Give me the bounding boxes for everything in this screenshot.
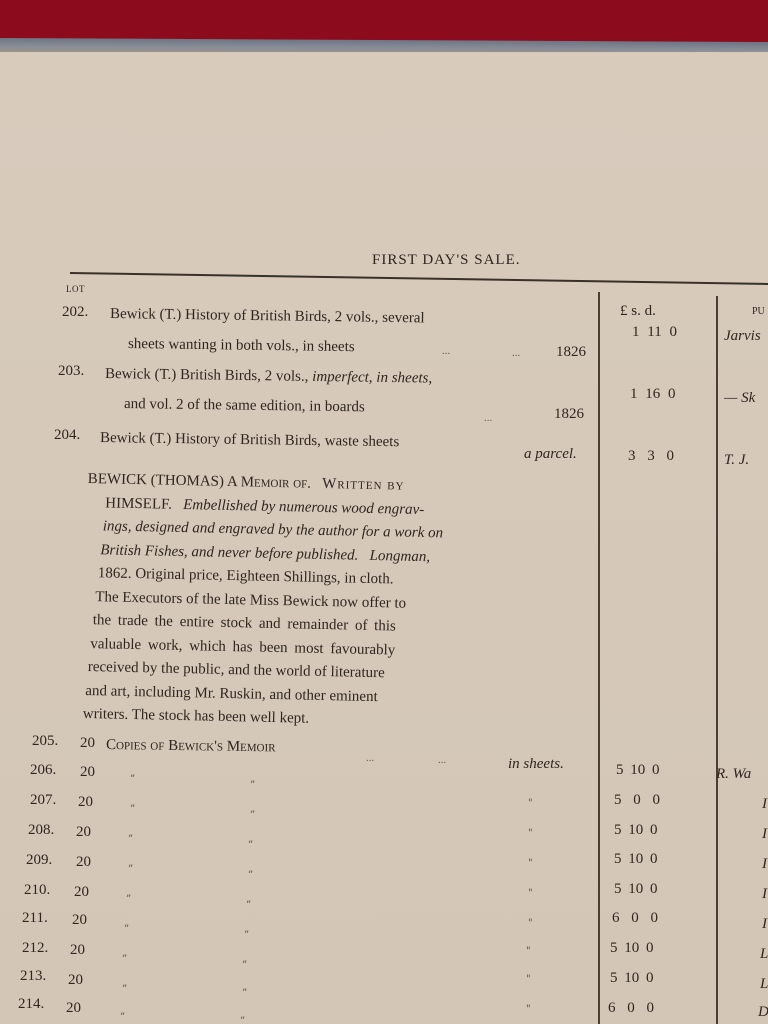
price-column-divider-right bbox=[716, 296, 718, 1024]
lot-price: 6 0 0 bbox=[608, 1000, 654, 1017]
leader-dots: ... bbox=[442, 345, 450, 357]
ditto-mark: " bbox=[526, 946, 531, 957]
ditto-mark: ” bbox=[246, 900, 251, 911]
lot-number: 214. bbox=[18, 996, 44, 1013]
lot-quantity: 20 bbox=[68, 972, 83, 989]
ditto-mark: " bbox=[528, 798, 533, 809]
ditto-mark: " bbox=[528, 918, 533, 929]
lot-buyer: D bbox=[758, 1004, 768, 1021]
lot-buyer: L bbox=[760, 946, 768, 963]
lot-price: 1 16 0 bbox=[630, 386, 676, 403]
ditto-mark: ” bbox=[250, 780, 255, 791]
lot-number: 207. bbox=[30, 792, 56, 809]
lot-format: in sheets. bbox=[508, 756, 564, 773]
lot-number: 212. bbox=[22, 940, 48, 957]
lot-buyer: I bbox=[762, 826, 767, 843]
lot-price: 3 3 0 bbox=[628, 448, 674, 465]
lot-quantity: 20 bbox=[72, 912, 87, 929]
ditto-mark: ” bbox=[244, 930, 249, 941]
ditto-mark: ” bbox=[128, 864, 133, 875]
lot-quantity: 20 bbox=[74, 884, 89, 901]
memoir-title: Memoir of. bbox=[240, 474, 311, 491]
lot-price: 5 10 0 bbox=[614, 881, 658, 898]
ditto-mark: " bbox=[528, 828, 533, 839]
lot-description-line: and vol. 2 of the same edition, in board… bbox=[124, 396, 365, 416]
ditto-mark: ” bbox=[250, 810, 255, 821]
lot-price: 5 10 0 bbox=[614, 822, 658, 839]
lot-column-label: LOT bbox=[66, 284, 85, 294]
ditto-mark: ” bbox=[130, 774, 135, 785]
lot-year: 1826 bbox=[556, 344, 586, 361]
lot-price: 5 0 0 bbox=[614, 792, 660, 809]
lot-buyer: R. Wa bbox=[716, 766, 751, 783]
lot-price: 5 10 0 bbox=[616, 762, 660, 779]
lot-buyer: I bbox=[762, 856, 767, 873]
lot-year: 1826 bbox=[554, 406, 584, 423]
lot-number: 208. bbox=[28, 822, 54, 839]
lot-buyer: I bbox=[762, 916, 767, 933]
leader-dots: ... bbox=[438, 754, 446, 766]
ditto-mark: ” bbox=[242, 960, 247, 971]
leader-dots: ... bbox=[366, 752, 374, 764]
lot-buyer: — Sk bbox=[724, 390, 755, 407]
lot-quantity: 20 bbox=[80, 764, 95, 781]
lot-quantity: 20 bbox=[80, 735, 95, 752]
purchaser-column-header: PU bbox=[752, 306, 765, 317]
price-column-header: £ s. d. bbox=[620, 303, 656, 320]
memoir-publisher: Longman, bbox=[369, 547, 430, 564]
lot-quantity: 20 bbox=[76, 824, 91, 841]
lot-buyer: I bbox=[762, 796, 767, 813]
ditto-mark: ” bbox=[126, 894, 131, 905]
price-column-divider-left bbox=[598, 292, 600, 1024]
memoir-subtitle-end: HIMSELF. bbox=[105, 495, 172, 512]
lot-note: a parcel. bbox=[524, 446, 577, 463]
leader-dots: ... bbox=[484, 412, 492, 424]
ditto-mark: ” bbox=[122, 954, 127, 965]
lot-description-text: Bewick (T.) British Birds, 2 vols., bbox=[105, 366, 309, 385]
lot-quantity: 20 bbox=[76, 854, 91, 871]
lot-price: 1 11 0 bbox=[632, 324, 677, 341]
lot-number: 206. bbox=[30, 762, 56, 779]
lot-number: 205. bbox=[32, 733, 58, 750]
lot-price: 5 10 0 bbox=[614, 851, 658, 868]
memoir-author: BEWICK (THOMAS) A bbox=[88, 471, 237, 490]
memoir-italic-text: British Fishes, and never before publish… bbox=[100, 542, 358, 563]
lot-number: 202. bbox=[62, 304, 88, 321]
lot-buyer: L bbox=[760, 976, 768, 993]
lot-condition-text: imperfect, in sheets, bbox=[312, 369, 432, 387]
ditto-mark: " bbox=[528, 888, 533, 899]
lot-buyer: Jarvis bbox=[724, 328, 761, 345]
lot-description: Copies of Bewick's Memoir bbox=[106, 737, 276, 756]
ditto-mark: " bbox=[526, 974, 531, 985]
ditto-mark: ” bbox=[242, 988, 247, 999]
ditto-mark: ” bbox=[120, 1012, 125, 1023]
ditto-mark: " bbox=[526, 1004, 531, 1015]
ditto-mark: " bbox=[528, 858, 533, 869]
lot-number: 211. bbox=[22, 910, 48, 927]
lot-price: 5 10 0 bbox=[610, 970, 654, 987]
memoir-italic-text: Embellished by numerous wood engrav- bbox=[183, 497, 424, 518]
lot-number: 203. bbox=[58, 363, 84, 380]
book-cover-cloth bbox=[0, 0, 768, 44]
lot-description-line: sheets wanting in both vols., in sheets bbox=[128, 336, 355, 356]
ditto-mark: ” bbox=[248, 870, 253, 881]
ditto-mark: ” bbox=[128, 834, 133, 845]
lot-number: 204. bbox=[54, 427, 80, 444]
lot-quantity: 20 bbox=[66, 1000, 81, 1017]
ditto-mark: ” bbox=[240, 1016, 245, 1024]
lot-buyer: T. J. bbox=[724, 452, 749, 469]
lot-number: 209. bbox=[26, 852, 52, 869]
lot-buyer: I bbox=[762, 886, 767, 903]
lot-price: 5 10 0 bbox=[610, 940, 654, 957]
lot-number: 210. bbox=[24, 882, 50, 899]
leader-dots: ... bbox=[512, 347, 520, 359]
ditto-mark: ” bbox=[124, 924, 129, 935]
lot-number: 213. bbox=[20, 968, 46, 985]
ditto-mark: ” bbox=[248, 840, 253, 851]
ditto-mark: ” bbox=[130, 804, 135, 815]
lot-price: 6 0 0 bbox=[612, 910, 658, 927]
page-heading: FIRST DAY'S SALE. bbox=[372, 252, 521, 269]
memoir-description: BEWICK (THOMAS) A Memoir of. Written by … bbox=[83, 468, 528, 736]
lot-quantity: 20 bbox=[70, 942, 85, 959]
ditto-mark: ” bbox=[122, 984, 127, 995]
lot-quantity: 20 bbox=[78, 794, 93, 811]
memoir-subtitle: Written by bbox=[322, 476, 405, 494]
